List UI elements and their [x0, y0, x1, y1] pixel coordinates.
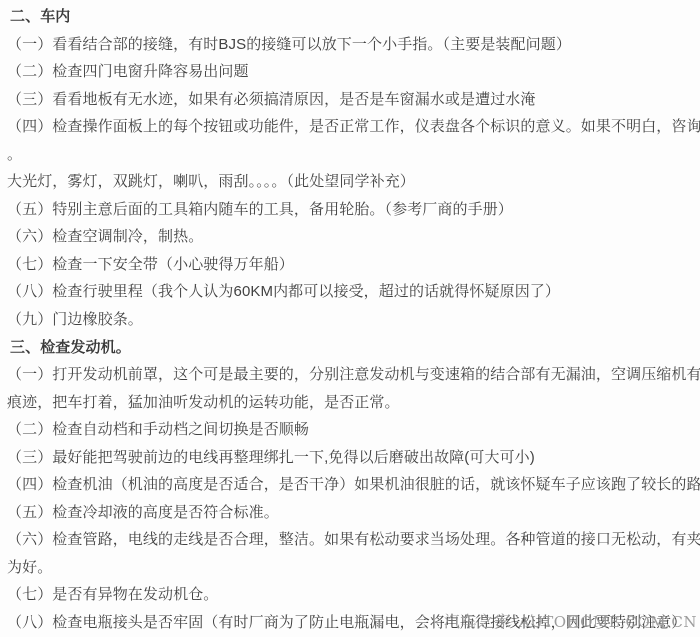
checklist-line-continuation: 。 — [7, 141, 698, 169]
checklist-line: 大光灯，雾灯，双跳灯，喇叭，雨刮。。。。（此处望同学补充） — [7, 168, 698, 196]
watermark-site-domain: AUTOHOME.COM.CN — [519, 613, 697, 631]
checklist-line: （一）打开发动机前罩，这个可是最主要的，分别注意发动机与变速箱的结合部有无漏油，… — [7, 361, 698, 389]
section-heading-engine: 三、检查发动机。 — [10, 334, 698, 362]
checklist-line: （六）检查空调制冷，制热。 — [7, 223, 698, 251]
checklist-line: （七）检查一下安全带（小心驶得万年船） — [7, 251, 698, 279]
checklist-line: （六）检查管路，电线的走线是否合理，整洁。如果有松动要求当场处理。各种管道的接口… — [7, 526, 698, 554]
checklist-document: 二、车内 （一）看看结合部的接缝，有时BJS的接缝可以放下一个小手指。（主要是装… — [0, 0, 700, 637]
checklist-line: （五）检查冷却液的高度是否符合标准。 — [7, 499, 698, 527]
checklist-line: （五）特别主意后面的工具箱内随车的工具，备用轮胎。（参考厂商的手册） — [7, 196, 698, 224]
watermark: 汽车之家 AUTOHOME.COM.CN — [444, 609, 697, 632]
checklist-line: （九）门边橡胶条。 — [7, 306, 698, 334]
checklist-line: （四）检查机油（机油的高度是否适合，是否干净）如果机油很脏的话，就该怀疑车子应该… — [7, 471, 698, 499]
checklist-line-continuation: 痕迹，把车打着，猛加油听发动机的运转功能，是否正常。 — [7, 389, 698, 417]
checklist-line: （一）看看结合部的接缝，有时BJS的接缝可以放下一个小手指。（主要是装配问题） — [7, 31, 698, 59]
section-heading-interior: 二、车内 — [10, 3, 698, 31]
checklist-line: （二）检查自动档和手动档之间切换是否顺畅 — [7, 416, 698, 444]
watermark-site-name: 汽车之家 — [444, 609, 512, 632]
checklist-line: （二）检查四门电窗升降容易出问题 — [7, 58, 698, 86]
checklist-line: （八）检查行驶里程（我个人认为60KM内都可以接受，超过的话就得怀疑原因了） — [7, 278, 698, 306]
checklist-line: （三）看看地板有无水迹，如果有必须搞清原因，是否是车窗漏水或是遭过水淹 — [7, 86, 698, 114]
checklist-line: （七）是否有异物在发动机仓。 — [7, 581, 698, 609]
checklist-line-continuation: 为好。 — [7, 554, 698, 582]
checklist-line: （四）检查操作面板上的每个按钮或功能件，是否正常工作，仪表盘各个标识的意义。如果… — [7, 113, 698, 141]
checklist-line: （三）最好能把驾驶前边的电线再整理绑扎一下,免得以后磨破出故障(可大可小) — [7, 444, 698, 472]
